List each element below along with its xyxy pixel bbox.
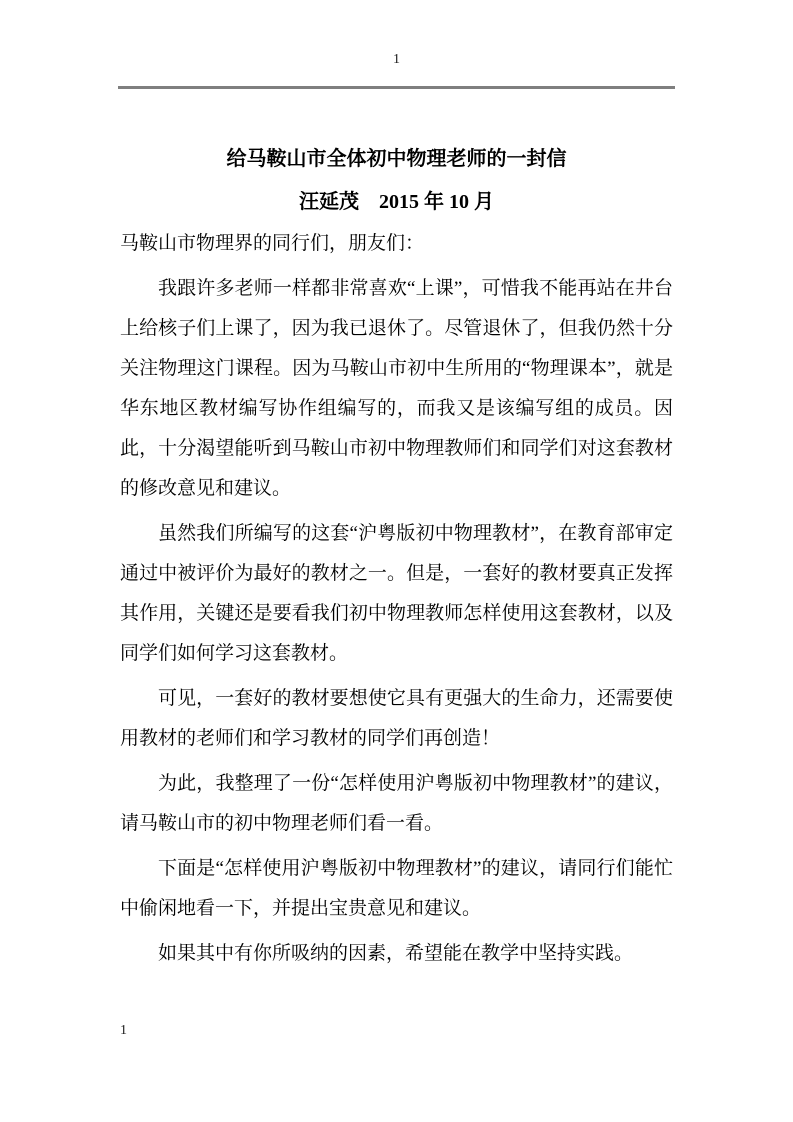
document-byline: 汪延茂 2015 年 10 月 <box>120 189 673 216</box>
document-body: 马鞍山市物理界的同行们，朋友们： 我跟许多老师一样都非常喜欢“上课”，可惜我不能… <box>120 224 673 974</box>
paragraph: 虽然我们所编写的这套“沪粤版初中物理教材”，在教育部审定通过中被评价为最好的教材… <box>120 514 673 674</box>
paragraph: 我跟许多老师一样都非常喜欢“上课”，可惜我不能再站在井台上给核子们上课了，因为我… <box>120 269 673 509</box>
paragraph: 如果其中有你所吸纳的因素，希望能在教学中坚持实践。 <box>120 934 673 974</box>
header-page-number: 1 <box>0 51 793 69</box>
document-page: 1 给马鞍山市全体初中物理老师的一封信 汪延茂 2015 年 10 月 马鞍山市… <box>0 0 793 1122</box>
footer-page-number: 1 <box>120 1022 127 1040</box>
document-content: 给马鞍山市全体初中物理老师的一封信 汪延茂 2015 年 10 月 马鞍山市物理… <box>120 146 673 979</box>
paragraph: 为此，我整理了一份“怎样使用沪粤版初中物理教材”的建议，请马鞍山市的初中物理老师… <box>120 764 673 844</box>
document-title: 给马鞍山市全体初中物理老师的一封信 <box>120 146 673 173</box>
greeting-line: 马鞍山市物理界的同行们，朋友们： <box>120 224 673 264</box>
header-rule-divider <box>118 86 675 89</box>
paragraph: 可见，一套好的教材要想使它具有更强大的生命力，还需要使用教材的老师们和学习教材的… <box>120 679 673 759</box>
paragraph: 下面是“怎样使用沪粤版初中物理教材”的建议，请同行们能忙中偷闲地看一下，并提出宝… <box>120 849 673 929</box>
